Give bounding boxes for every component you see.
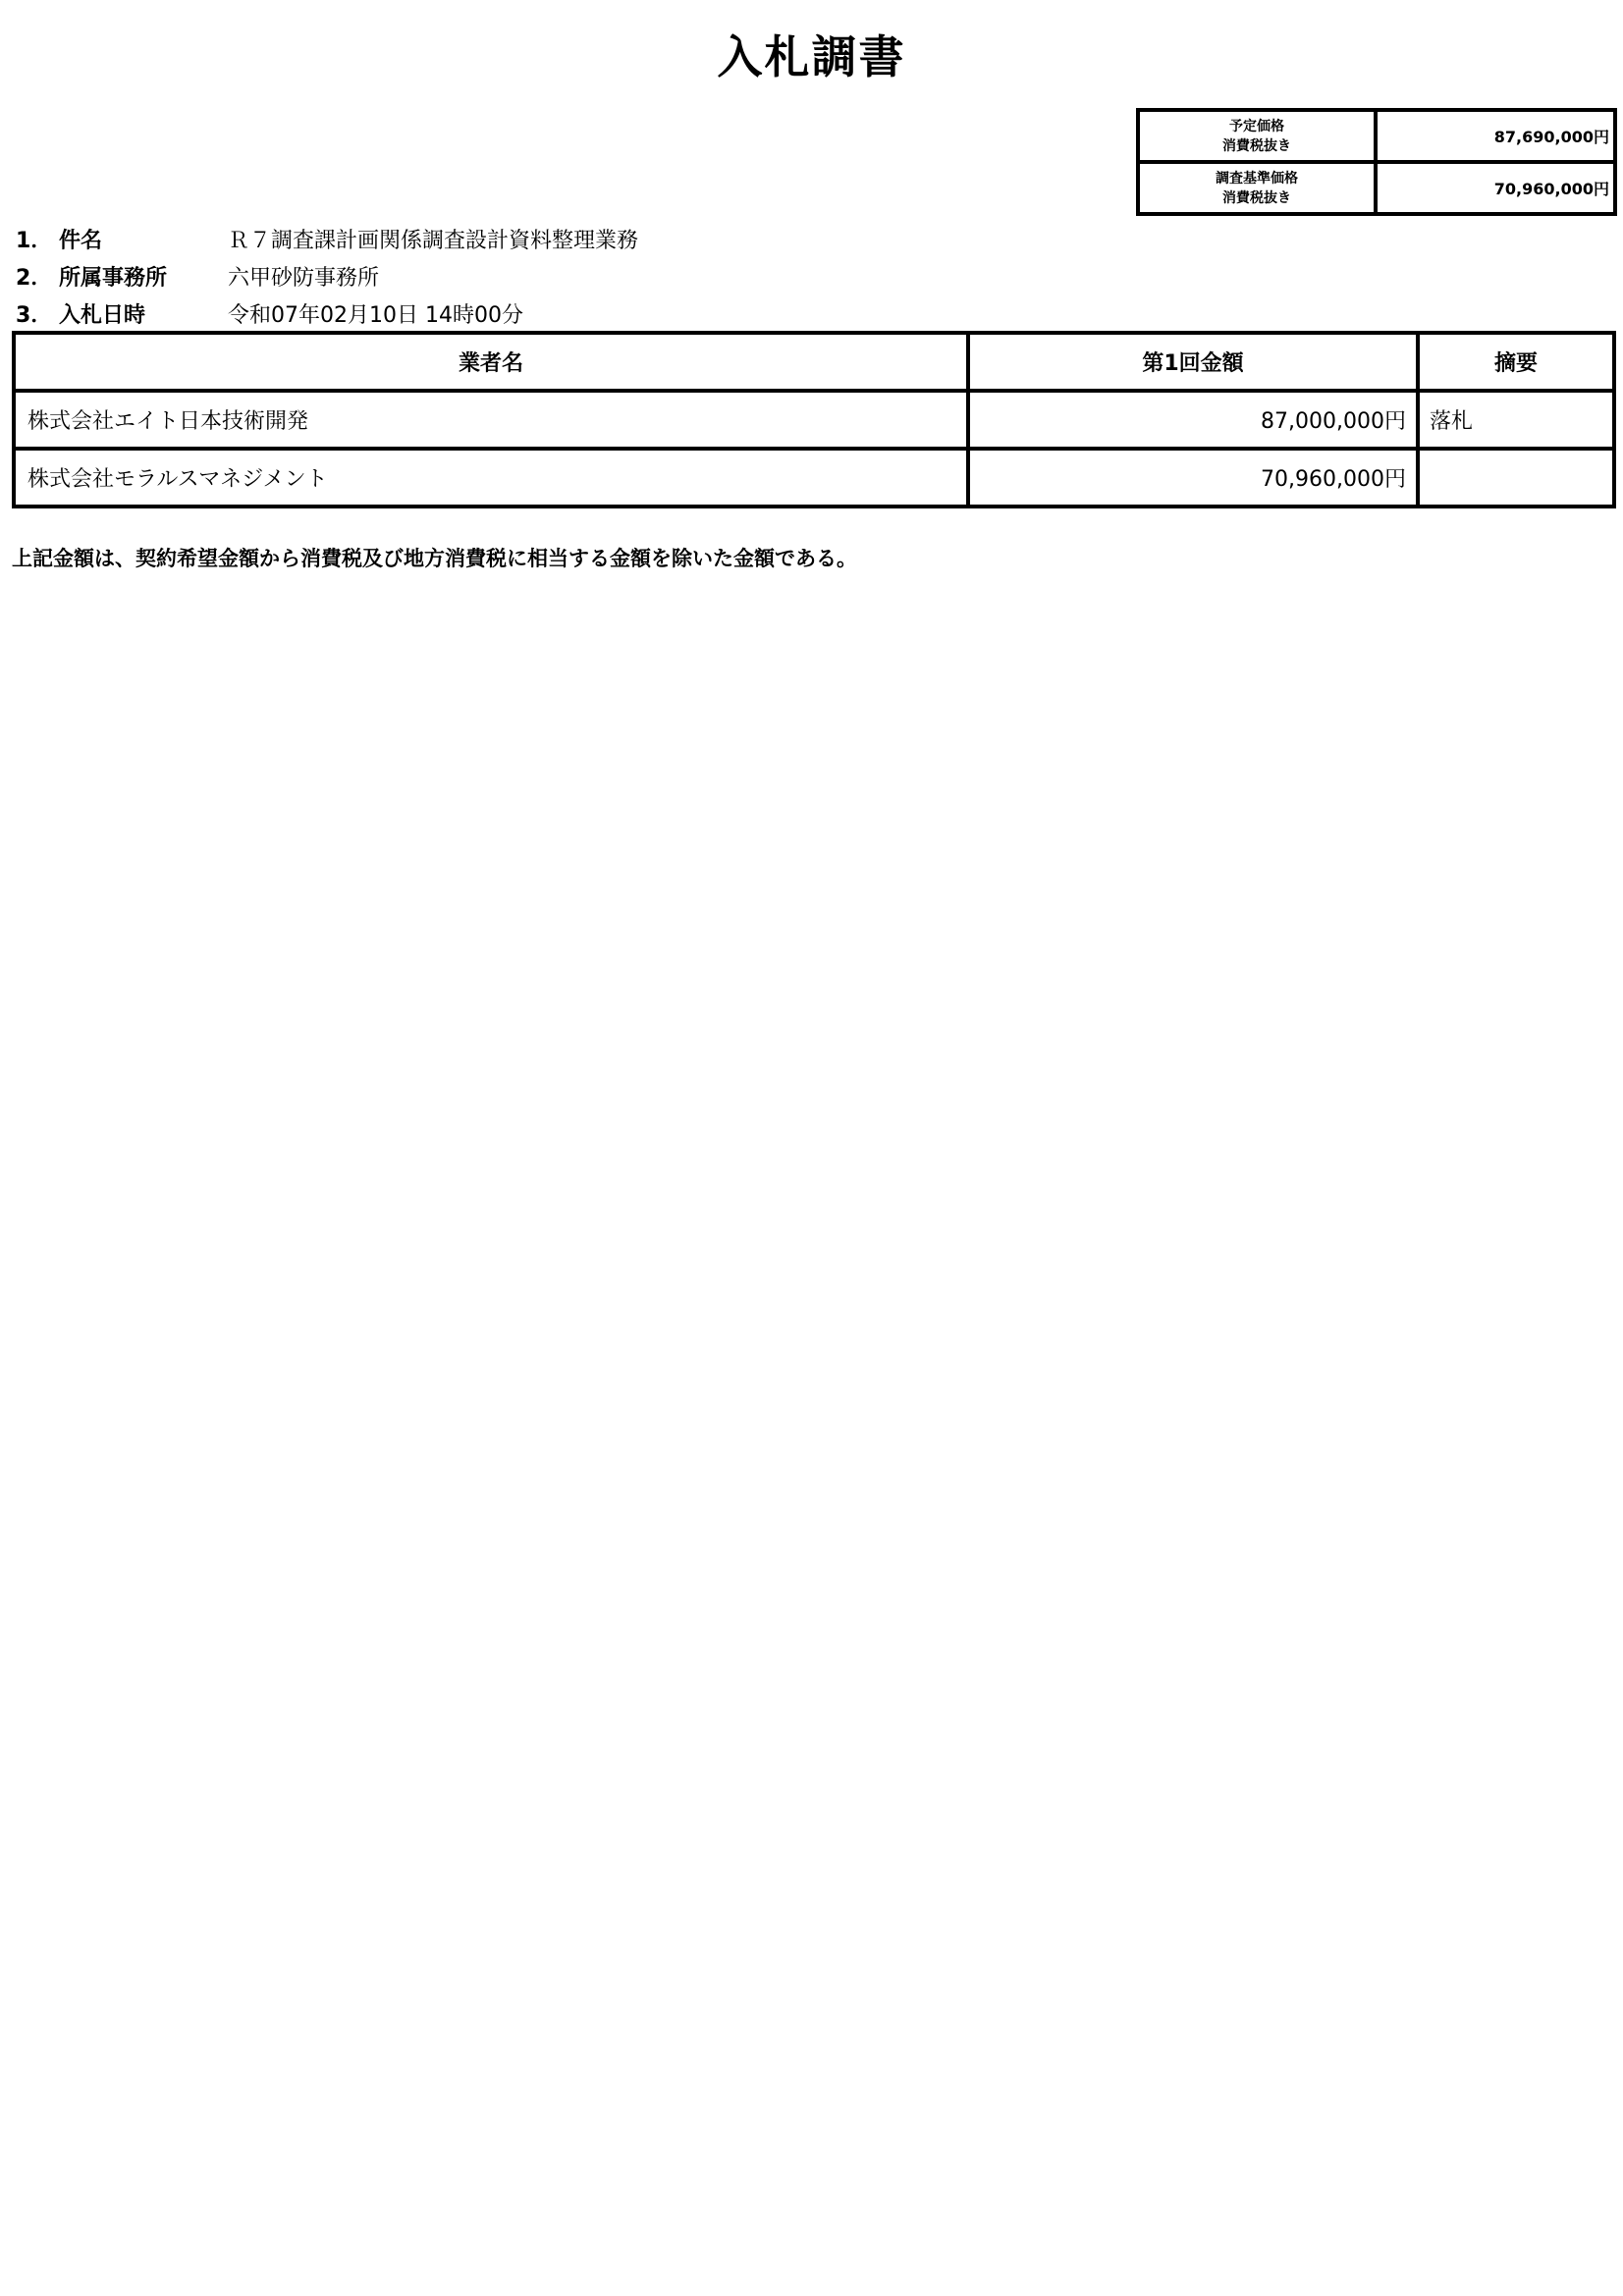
bidder-name: 株式会社モラルスマネジメント bbox=[14, 449, 968, 507]
bid-remark: 落札 bbox=[1418, 391, 1614, 449]
base-price-label: 調査基準価格 消費税抜き bbox=[1138, 162, 1376, 214]
info-number: 1． bbox=[16, 224, 59, 254]
info-key: 所属事務所 bbox=[59, 261, 228, 292]
header-bidder-name: 業者名 bbox=[14, 333, 968, 391]
base-price-row: 調査基準価格 消費税抜き 70,960,000円 bbox=[1138, 162, 1615, 214]
bid-remark bbox=[1418, 449, 1614, 507]
planned-price-label-line2: 消費税抜き bbox=[1144, 136, 1370, 156]
info-number: 2． bbox=[16, 261, 59, 292]
info-value: Ｒ７調査課計画関係調査設計資料整理業務 bbox=[228, 229, 638, 253]
table-header-row: 業者名 第1回金額 摘要 bbox=[14, 333, 1614, 391]
info-value: 令和07年02月10日 14時00分 bbox=[228, 303, 523, 328]
planned-price-value: 87,690,000円 bbox=[1376, 110, 1615, 162]
info-value: 六甲砂防事務所 bbox=[228, 266, 379, 291]
table-row: 株式会社モラルスマネジメント 70,960,000円 bbox=[14, 449, 1614, 507]
planned-price-label-line1: 予定価格 bbox=[1144, 117, 1370, 136]
info-subject: 1．件名Ｒ７調査課計画関係調査設計資料整理業務 bbox=[16, 224, 638, 254]
planned-price-row: 予定価格 消費税抜き 87,690,000円 bbox=[1138, 110, 1615, 162]
info-office: 2．所属事務所六甲砂防事務所 bbox=[16, 261, 379, 292]
bid-amount: 87,000,000円 bbox=[968, 391, 1418, 449]
bid-amount: 70,960,000円 bbox=[968, 449, 1418, 507]
table-row: 株式会社エイト日本技術開発 87,000,000円 落札 bbox=[14, 391, 1614, 449]
price-summary-table: 予定価格 消費税抜き 87,690,000円 調査基準価格 消費税抜き 70,9… bbox=[1136, 108, 1617, 216]
bid-results-table: 業者名 第1回金額 摘要 株式会社エイト日本技術開発 87,000,000円 落… bbox=[12, 331, 1616, 508]
header-remarks: 摘要 bbox=[1418, 333, 1614, 391]
header-first-round-amount: 第1回金額 bbox=[968, 333, 1418, 391]
info-number: 3． bbox=[16, 298, 59, 329]
info-bid-datetime: 3．入札日時令和07年02月10日 14時00分 bbox=[16, 298, 523, 329]
planned-price-label: 予定価格 消費税抜き bbox=[1138, 110, 1376, 162]
base-price-label-line2: 消費税抜き bbox=[1144, 188, 1370, 208]
footnote: 上記金額は、契約希望金額から消費税及び地方消費税に相当する金額を除いた金額である… bbox=[12, 543, 857, 572]
bidder-name: 株式会社エイト日本技術開発 bbox=[14, 391, 968, 449]
info-key: 入札日時 bbox=[59, 298, 228, 329]
base-price-value: 70,960,000円 bbox=[1376, 162, 1615, 214]
document-title: 入札調書 bbox=[0, 22, 1623, 86]
info-key: 件名 bbox=[59, 224, 228, 254]
base-price-label-line1: 調査基準価格 bbox=[1144, 169, 1370, 188]
